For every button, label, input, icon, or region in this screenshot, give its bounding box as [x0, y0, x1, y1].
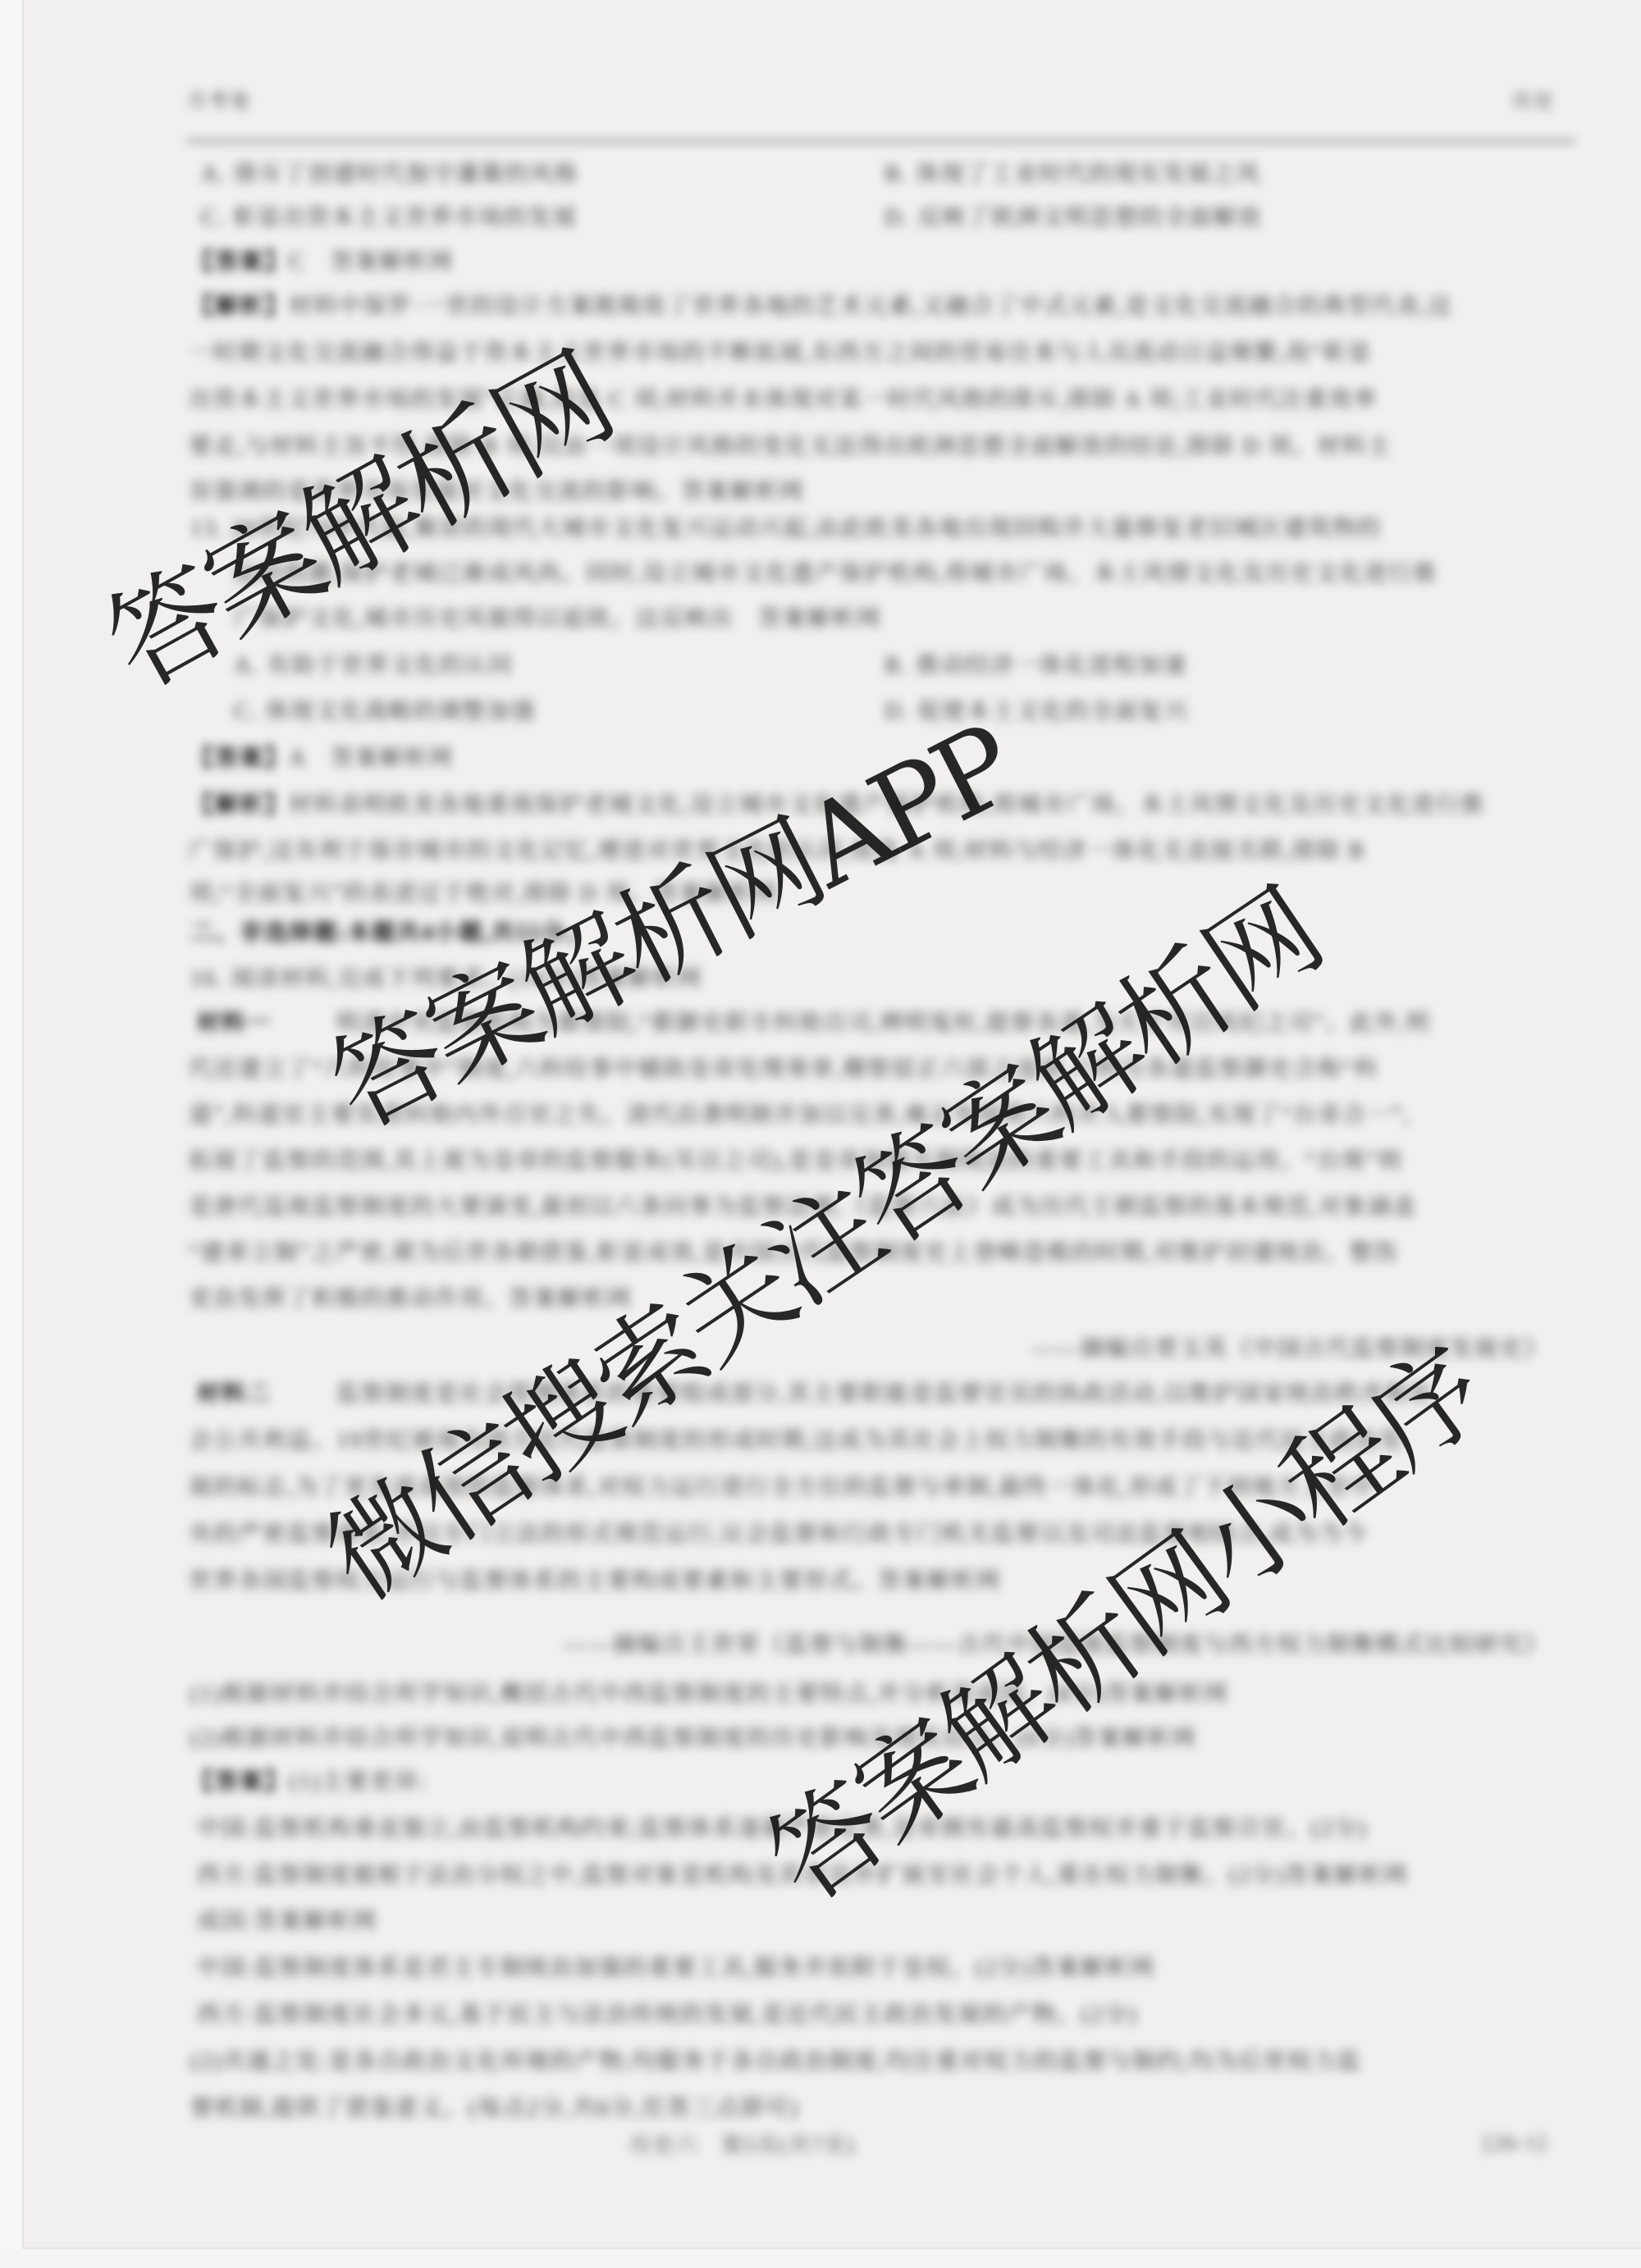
q12-option-b: B. 体现了工业时代的现实发展之风 — [884, 158, 1261, 191]
q12-analysis-line3: 出资本主义世界市场的发展”正确,故选 C 项;材料并未体现对某一时代风格的排斥,… — [189, 384, 1378, 417]
scan-bottom-margin — [0, 2249, 1641, 2268]
material1-label: 材料一 — [197, 1011, 271, 1036]
q16-answer-cn2: 中国:监察制度体系是君主专制统治加强的重要工具,服务并依附于皇权。(2分)答案解… — [197, 1952, 1154, 1985]
q13-analysis-label: 【解析】 — [190, 792, 289, 818]
q12-option-a: A. 排斥了创建时代独守藩篱的风格 — [201, 158, 578, 191]
page-bottom-edge — [22, 2247, 1641, 2249]
q13-answer-value: A 答案解析网 — [289, 746, 454, 771]
q12-answer-label: 【答案】 — [190, 249, 289, 275]
q12-answer-line: 【答案】C 答案解析网 — [190, 246, 454, 279]
material1-line7: 吏治发挥了积极的推动作用。答案解析网 — [189, 1283, 632, 1316]
blurred-document-text: 月考卷 历史 A. 排斥了创建时代独守藩篱的风格 B. 体现了工业时代的现实发展… — [0, 0, 1641, 2268]
q16-answer-head-text: (1)主要差异: — [289, 1769, 427, 1795]
header-right: 历史 — [1512, 85, 1555, 118]
q16-answer-cause: 成因:答案解析网 — [197, 1905, 377, 1938]
q16-answer-item2-line2: 督机制,提供了借鉴意义。(每点2分,共6分,任答三点即可) — [190, 2092, 799, 2125]
material2-line2: 会公共利益。19世纪被视为西方近代监察制度的形成时期,这成为其社会上权力制衡的有… — [189, 1425, 1404, 1458]
footer-page-number: 历史六 第5页(共7页) — [629, 2129, 855, 2162]
footer-code-tag: [26-1] — [1483, 2127, 1547, 2160]
q16-answer-head: 【答案】(1)主要差异: — [190, 1766, 427, 1799]
q12-analysis-line1: 【解析】材料中保罗·一世的设计方案既吸收了世界各地的艺术元素,又融合了中式元素,… — [190, 290, 1452, 323]
header-left: 月考卷 — [187, 85, 251, 118]
q12-analysis-label: 【解析】 — [190, 294, 289, 319]
q16-answer-west2: 西方:监察制度社会多元,基于民主与法治传统的发展,是近代民主政治发展的产物。(2… — [197, 1999, 1137, 2032]
q13-answer-line: 【答案】A 答案解析网 — [190, 742, 454, 775]
q12-option-c: C. 彰显出资本主义世界市场的发展 — [201, 202, 578, 235]
q13-option-b: B. 推动经济一体化进程加速 — [884, 650, 1187, 682]
q16-answer-label: 【答案】 — [190, 1769, 289, 1795]
scan-left-margin — [0, 0, 22, 2268]
q13-option-c: C. 体现文化战略的调整加强 — [234, 696, 537, 728]
material2-line5: 世界各国监察权力运行与监督体系的主要构成要素和主要形式。答案解析网 — [189, 1565, 1001, 1598]
q12-analysis-text: 材料中保罗·一世的设计方案既吸收了世界各地的艺术元素,又融合了中式元素,是文化交… — [289, 294, 1452, 319]
q13-answer-label: 【答案】 — [190, 746, 289, 771]
material1-source: ——摘编自贾玉英《中国古代监察制度发展史》 — [1031, 1333, 1548, 1366]
page-left-edge — [22, 0, 24, 2249]
q12-answer-value: C 答案解析网 — [289, 249, 454, 275]
q12-analysis-line2: 一时期文化交流融合得益于资本主义世界市场的不断拓展,东西方之间的贸易往来与人员流… — [189, 337, 1372, 370]
q12-option-d: D. 反映了欧洲文明思想的全面解放 — [884, 202, 1262, 235]
q13-option-a: A. 有助于世界文化的认同 — [234, 650, 513, 682]
material2-label: 材料二 — [197, 1381, 271, 1407]
material2-first-line: 材料二监察制度是社会管理体系的重要组成部分,其主要职能是监督官员的执政活动,以维… — [197, 1378, 1434, 1411]
scanned-exam-page: 月考卷 历史 A. 排斥了创建时代独守藩篱的风格 B. 体现了工业时代的现实发展… — [0, 0, 1641, 2268]
header-rule — [187, 139, 1575, 143]
q16-answer-item2-line1: (2)共通之处:是各自政治文化环境的产物;均服务于各自政治制度;均注重对权力的监… — [190, 2046, 1362, 2079]
